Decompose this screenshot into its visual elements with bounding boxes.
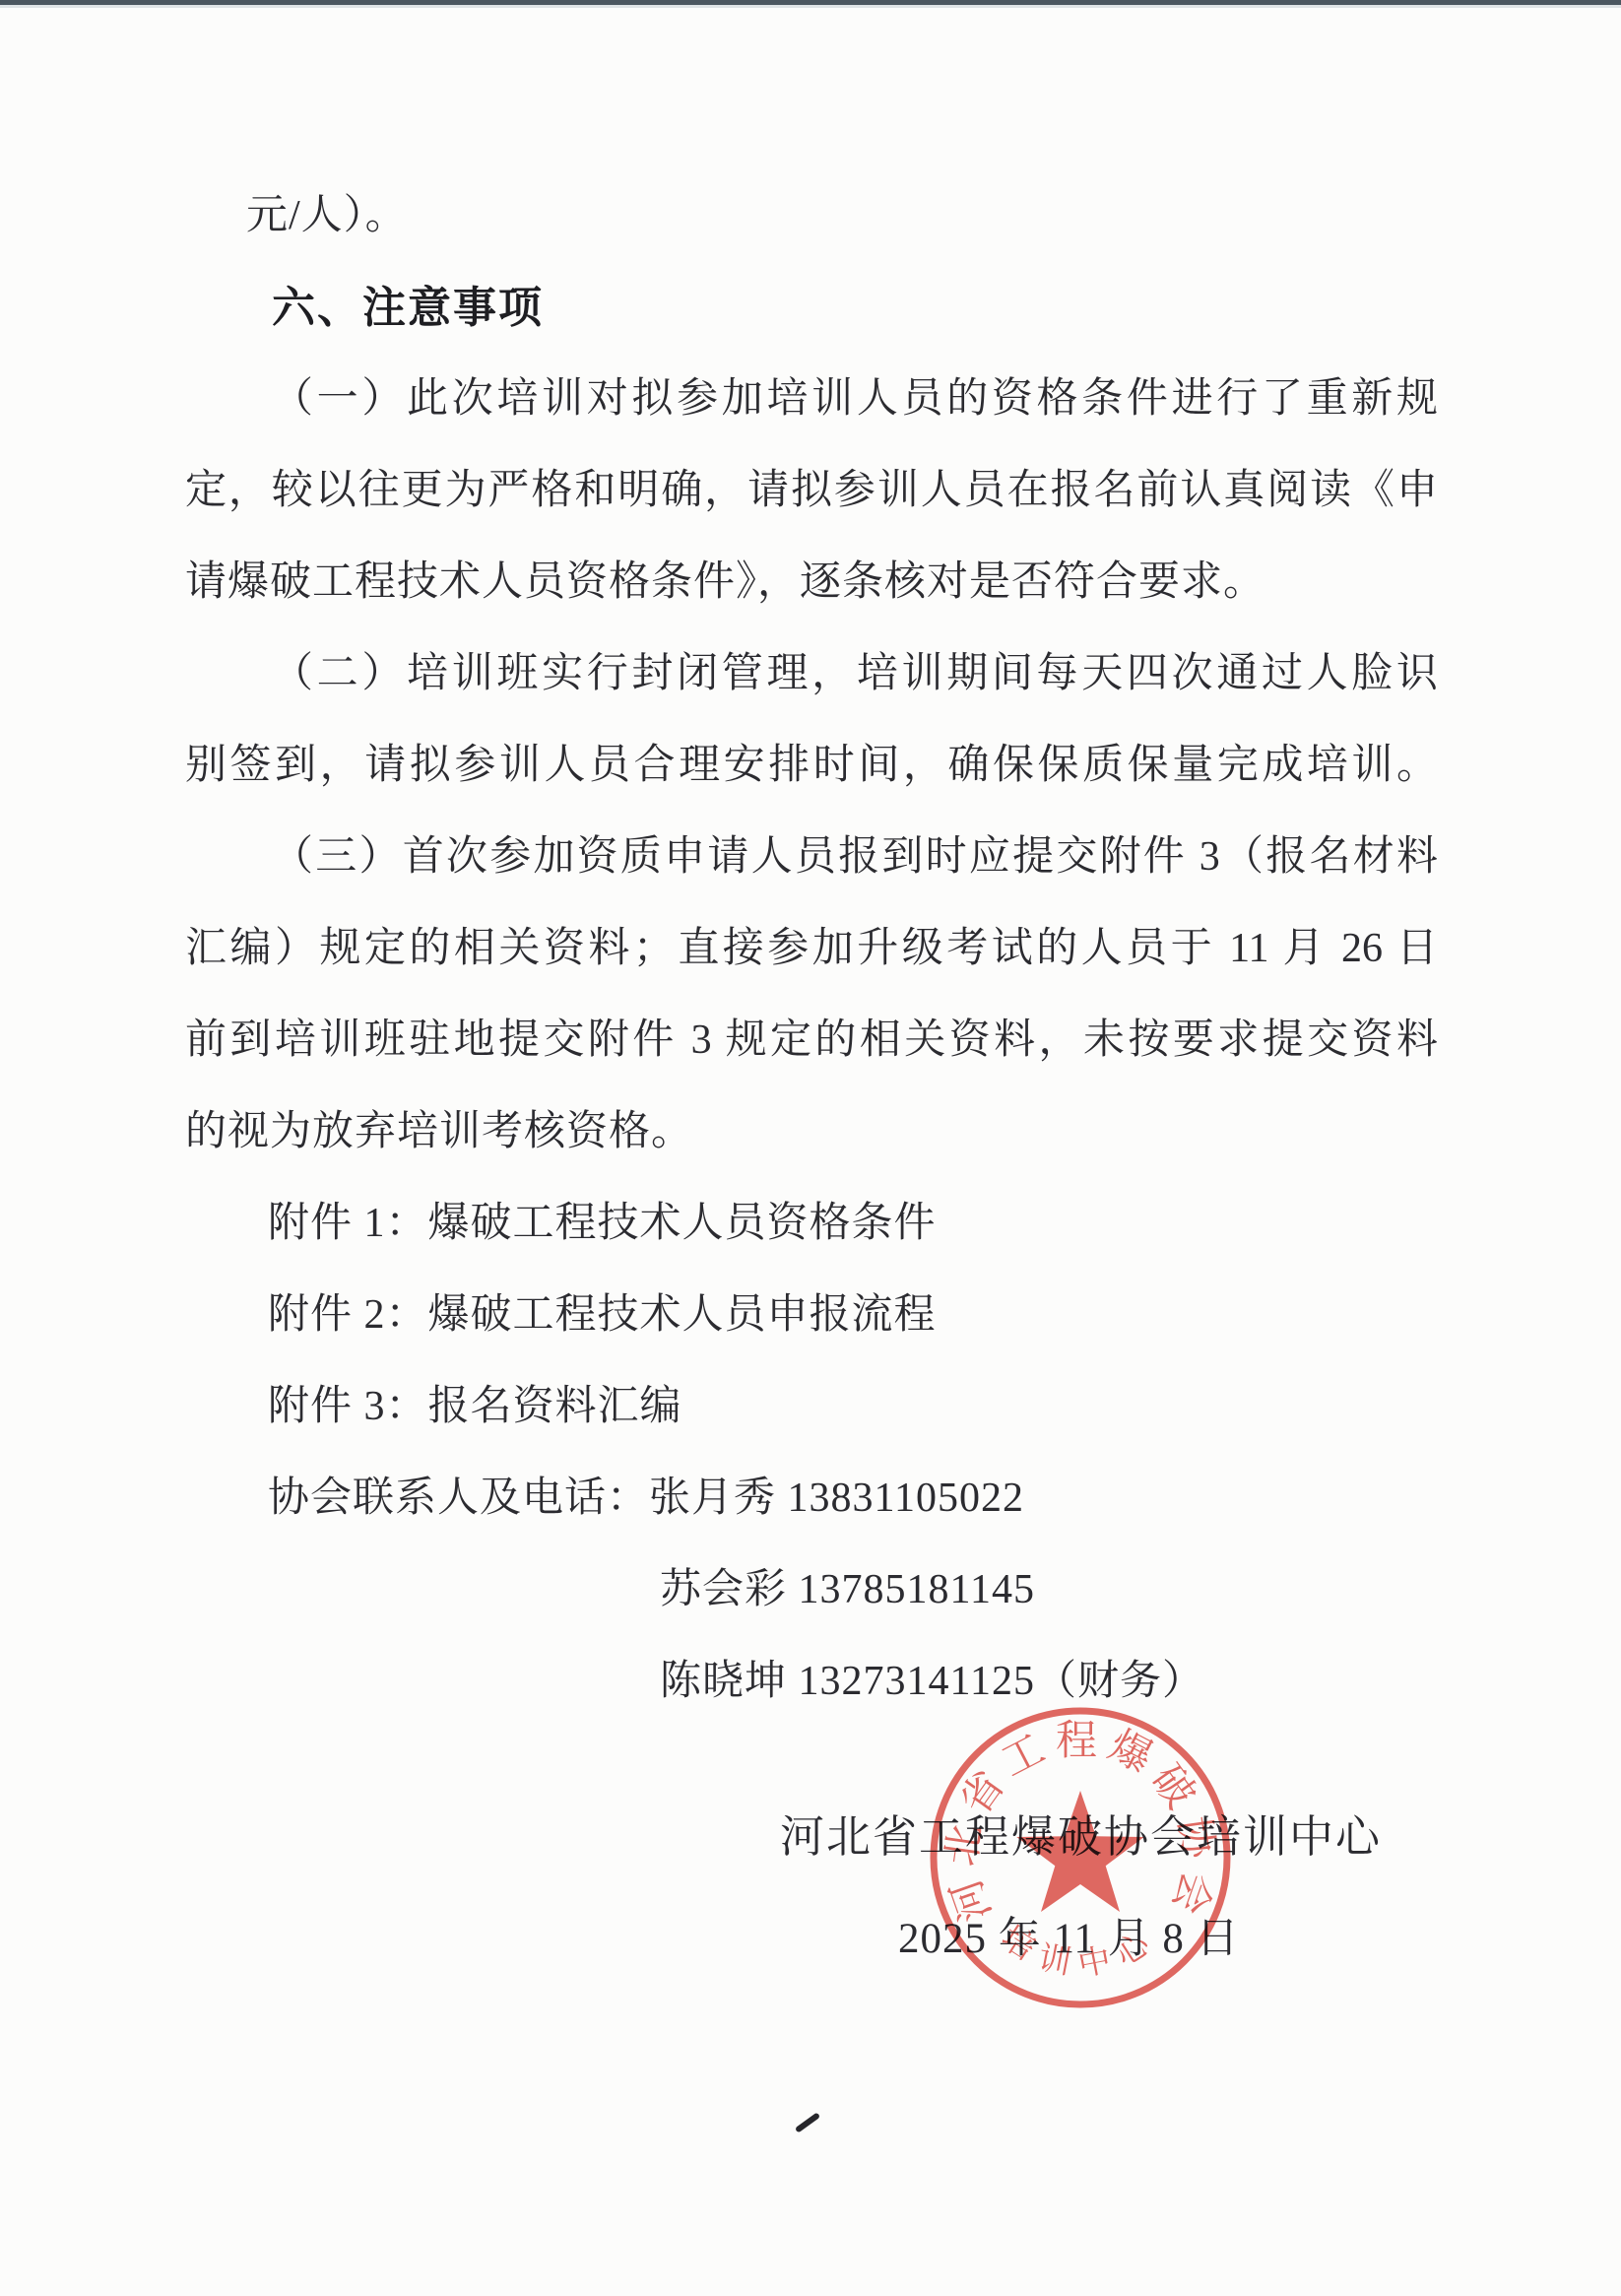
paragraph-line: 定，较以往更为严格和明确，请拟参训人员在报名前认真阅读《申 bbox=[185, 445, 1438, 537]
document-body: 元/人）。 六、注意事项 （一）此次培训对拟参加培训人员的资格条件进行了重新规 … bbox=[185, 170, 1438, 1728]
pen-stray-mark bbox=[795, 2112, 820, 2132]
paragraph-line: 汇编）规定的相关资料；直接参加升级考试的人员于 11 月 26 日 bbox=[185, 903, 1438, 995]
contact-line: 苏会彩 13785181145 bbox=[185, 1544, 1438, 1636]
paragraph-line: （三）首次参加资质申请人员报到时应提交附件 3（报名材料 bbox=[185, 812, 1438, 903]
paragraph-line: 的视为放弃培训考核资格。 bbox=[185, 1086, 1438, 1178]
paragraph-line: （一）此次培训对拟参加培训人员的资格条件进行了重新规 bbox=[185, 354, 1438, 445]
paragraph-line: 别签到，请拟参训人员合理安排时间，确保保质保量完成培训。 bbox=[185, 720, 1438, 812]
document-line: 元/人）。 bbox=[185, 170, 1438, 262]
attachment-line: 附件 2：爆破工程技术人员申报流程 bbox=[185, 1270, 1438, 1361]
scan-edge-artifact-soft bbox=[0, 5, 1621, 8]
star-icon bbox=[1016, 1791, 1143, 1912]
scanned-document-page: 元/人）。 六、注意事项 （一）此次培训对拟参加培训人员的资格条件进行了重新规 … bbox=[0, 0, 1621, 2296]
contact-line: 协会联系人及电话：张月秀 13831105022 bbox=[185, 1453, 1438, 1544]
official-seal: 河北省工程爆破协会 培训中心 bbox=[923, 1700, 1238, 2015]
paragraph-line: 前到培训班驻地提交附件 3 规定的相关资料，未按要求提交资料 bbox=[185, 995, 1438, 1086]
attachment-line: 附件 1：爆破工程技术人员资格条件 bbox=[185, 1178, 1438, 1270]
section-heading: 六、注意事项 bbox=[185, 262, 1438, 354]
attachment-line: 附件 3：报名资料汇编 bbox=[185, 1361, 1438, 1453]
paragraph-line: （二）培训班实行封闭管理，培训期间每天四次通过人脸识 bbox=[185, 628, 1438, 720]
seal-center-label: 培训中心 bbox=[995, 1920, 1166, 1984]
paragraph-line: 请爆破工程技术人员资格条件》，逐条核对是否符合要求。 bbox=[185, 537, 1438, 628]
contact-line: 陈晓坤 13273141125（财务） bbox=[185, 1636, 1438, 1728]
